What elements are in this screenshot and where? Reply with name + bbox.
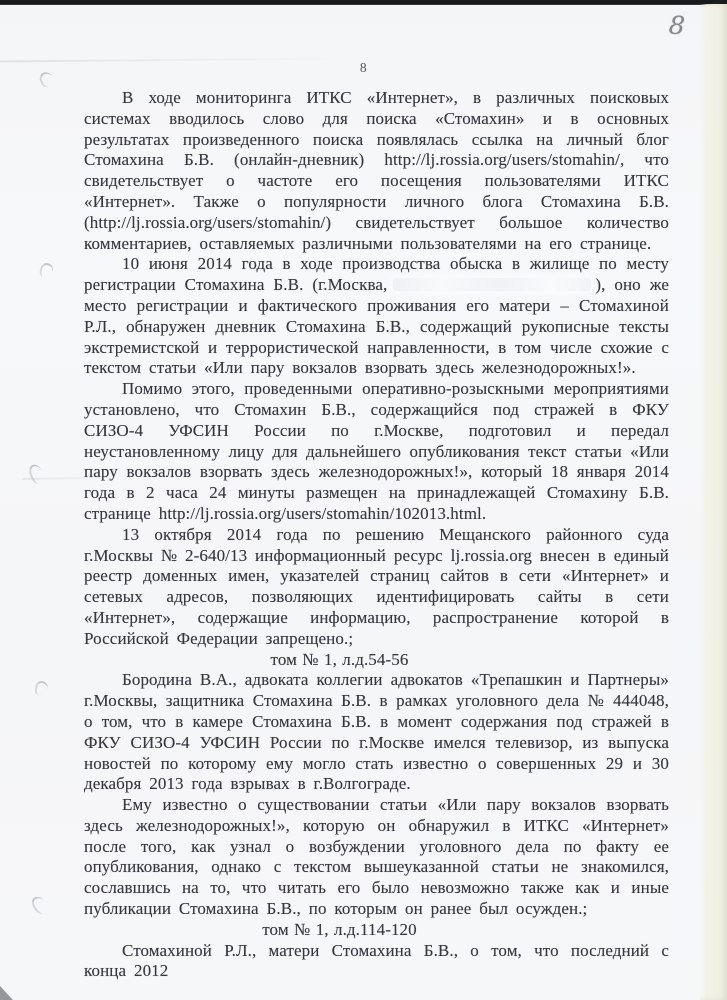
redacted-address	[393, 278, 591, 291]
scanner-edge-top	[0, 0, 727, 5]
paragraph-monitoring: В ходе мониторинга ИТКС «Интернет», в ра…	[84, 88, 669, 254]
volume-reference-2: том № 1, л.д.114-120	[84, 920, 669, 941]
paper-edge-band	[700, 4, 727, 1000]
scanned-document-page: 8 8 В ходе мониторинга ИТКС «Интернет», …	[0, 0, 727, 1000]
staple-mark	[38, 262, 54, 280]
staple-mark	[29, 894, 50, 916]
handwritten-page-number: 8	[668, 10, 686, 40]
paragraph-article-knowledge: Ему известно о существовании статьи «Или…	[84, 795, 669, 920]
paragraph-borodina-testimony: Бородина В.А., адвоката коллегии адвокат…	[84, 670, 669, 795]
paragraph-search-residence: 10 июня 2014 года в ходе производства об…	[84, 254, 669, 379]
scan-corner-speck	[0, 986, 13, 1000]
printed-page-number: 8	[0, 60, 727, 76]
document-text-body: В ходе мониторинга ИТКС «Интернет», в ра…	[84, 88, 669, 982]
volume-reference-1: том № 1, л.д.54-56	[84, 650, 669, 671]
paragraph-operative-measures: Помимо этого, проведенными оперативно-ро…	[84, 379, 669, 525]
paragraph-stomakhina-testimony: Стомахиной Р.Л., матери Стомахина Б.В., …	[84, 941, 669, 983]
staple-mark	[34, 680, 49, 697]
paragraph-court-decision: 13 октября 2014 года по решению Мещанско…	[84, 525, 669, 650]
staple-mark	[27, 462, 47, 485]
